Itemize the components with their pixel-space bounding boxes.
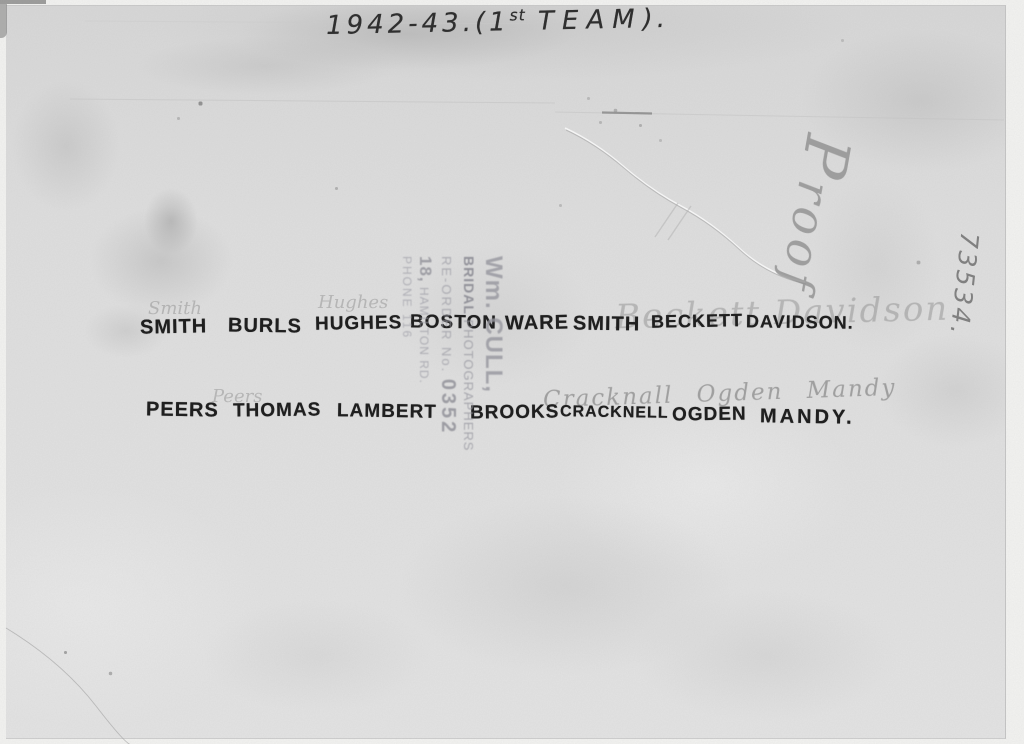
player-name: SMITH (573, 313, 641, 337)
player-name: THOMAS (233, 399, 322, 422)
team-word: TEAM (538, 4, 643, 36)
stamp-address-number: 18, (416, 256, 435, 283)
player-name: PEERS (146, 398, 219, 422)
team-number: 1 (489, 7, 510, 37)
season-years: 1942-43. (326, 8, 476, 41)
stamp-studio-name: Wm. CULL, (479, 256, 507, 476)
player-name: BECKETT (651, 310, 743, 333)
stamp-address: 18, HAMILTON RD. (415, 256, 435, 476)
player-name: MANDY. (760, 405, 855, 429)
close-paren: ). (642, 4, 669, 35)
player-name: CRACKNELL (560, 403, 669, 423)
stamp-phone: PHONE 116 (400, 256, 414, 476)
stamp-reorder-line: RE-ORDER No. 0352 (436, 256, 459, 476)
stamp-reorder-number: 0352 (437, 379, 459, 436)
stamp-descriptor: BRIDAL PHOTOGRAPHERS (461, 256, 477, 476)
paper-texture-overlay (0, 0, 1024, 744)
stamp-address-street: HAMILTON RD. (417, 287, 431, 384)
photo-back-scan: { "back": { "title": { "year": "1942-43.… (0, 0, 1024, 744)
stamp-descriptor-rest: PHOTOGRAPHERS (461, 320, 476, 452)
crease-dark-segment (602, 113, 652, 114)
player-name: BURLS (228, 314, 302, 338)
player-name: SMITH (140, 315, 208, 339)
stamp-reorder-label: RE-ORDER No. (439, 256, 454, 373)
ordinal-suffix: st (509, 6, 526, 24)
photographer-stamp: Wm. CULL, BRIDAL PHOTOGRAPHERS RE-ORDER … (377, 256, 507, 476)
player-name: DAVIDSON. (746, 311, 854, 334)
open-paren: ( (475, 8, 490, 38)
stamp-descriptor-lead: BRIDAL (461, 256, 477, 315)
player-name: WARE (505, 311, 569, 335)
player-name: OGDEN (672, 404, 747, 427)
